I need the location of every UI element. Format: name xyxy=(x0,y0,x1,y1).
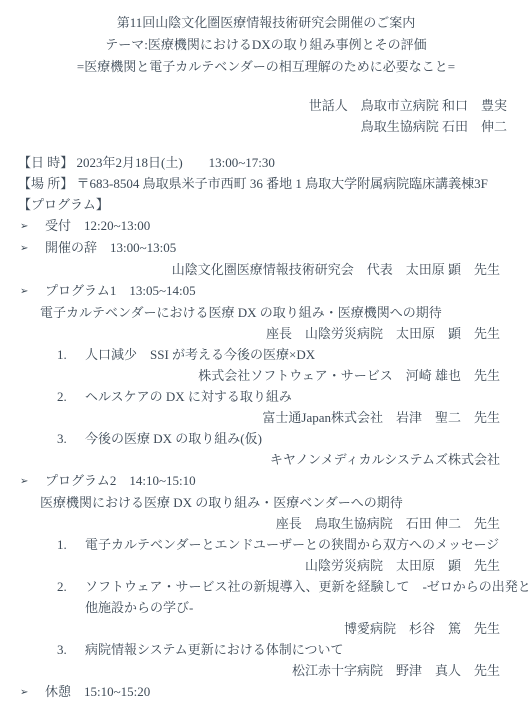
schedule-program1: ➢プログラム1 13:05~14:05 xyxy=(20,280,532,302)
organizers-block: 世話人 鳥取市立病院 和口 豊実 鳥取生協病院 石田 伸二 xyxy=(0,95,532,137)
schedule-opening: ➢開催の辞 13:00~13:05 xyxy=(20,237,532,259)
arrow-bullet-icon: ➢ xyxy=(20,281,45,302)
speaker-line: 博愛病院 杉谷 篤 先生 xyxy=(0,618,532,639)
organizer-line-1: 世話人 鳥取市立病院 和口 豊実 xyxy=(0,95,532,116)
talk-title: 電子カルテベンダーとエンドユーザーとの狭間から双方へのメッセージ xyxy=(85,537,499,552)
program1-talk-1: 1.人口減少 SSI が考える今後の医療×DX xyxy=(57,344,532,365)
talk-title: ソフトウェア・サービス社の新規導入、更新を経験して -ゼロからの出発と xyxy=(85,579,531,594)
speaker-line: 富士通Japan株式会社 岩津 聖二 先生 xyxy=(0,407,532,428)
talk-title: 人口減少 SSI が考える今後の医療×DX xyxy=(85,347,315,362)
document-page: 第11回山陰文化圏医療情報技術研究会開催のご案内 テーマ:医療機関におけるDXの… xyxy=(0,0,532,707)
item-number: 2. xyxy=(57,576,85,597)
program2-talk-1: 1.電子カルテベンダーとエンドユーザーとの狭間から双方へのメッセージ xyxy=(57,534,532,555)
speaker-line: 株式会社ソフトウェア・サービス 河崎 雄也 先生 xyxy=(0,365,532,386)
program1-talk-2: 2.ヘルスケアの DX に対する取り組み xyxy=(57,386,532,407)
talk-title: 病院情報システム更新における体制について xyxy=(85,642,343,657)
schedule-item-text: プログラム1 13:05~14:05 xyxy=(45,283,196,298)
talk-title: ヘルスケアの DX に対する取り組み xyxy=(85,389,292,404)
event-datetime: 【日 時】 2023年2月18日(土) 13:00~17:30 xyxy=(18,152,532,173)
program-header: 【プログラム】 xyxy=(18,194,532,215)
chair-line: 座長 鳥取生協病院 石田 伸二 先生 xyxy=(0,513,532,534)
program2-talk-3: 3.病院情報システム更新における体制について xyxy=(57,639,532,660)
schedule-break: ➢休憩 15:10~15:20 xyxy=(20,681,532,703)
schedule-program2: ➢プログラム2 14:10~15:10 xyxy=(20,470,532,492)
chair-line: 座長 山陰労災病院 太田原 顕 先生 xyxy=(0,323,532,344)
speaker-line: 山陰労災病院 太田原 顕 先生 xyxy=(0,555,532,576)
arrow-bullet-icon: ➢ xyxy=(20,238,45,259)
event-info-block: 【日 時】 2023年2月18日(土) 13:00~17:30 【場 所】 〒6… xyxy=(0,152,532,215)
speaker-line: キヤノンメディカルシステムズ株式会社 xyxy=(0,449,532,470)
doc-theme-line: テーマ:医療機関におけるDXの取り組み事例とその評価 xyxy=(0,34,532,56)
program1-description: 電子カルテベンダーにおける医療 DX の取り組み・医療機関への期待 xyxy=(40,302,532,323)
program-schedule: ➢受付 12:20~13:00 ➢開催の辞 13:00~13:05 山陰文化圏医… xyxy=(0,215,532,703)
item-number: 2. xyxy=(57,386,85,407)
schedule-item-text: 開催の辞 13:00~13:05 xyxy=(45,240,176,255)
program1-talk-3: 3.今後の医療 DX の取り組み(仮) xyxy=(57,428,532,449)
doc-subtitle-line: =医療機関と電子カルテベンダーの相互理解のために必要なこと= xyxy=(0,56,532,78)
item-number: 1. xyxy=(57,344,85,365)
event-location: 【場 所】 〒683-8504 鳥取県米子市西町 36 番地 1 鳥取大学附属病… xyxy=(18,173,532,194)
talk-title: 今後の医療 DX の取り組み(仮) xyxy=(85,431,262,446)
arrow-bullet-icon: ➢ xyxy=(20,216,45,237)
program2-talk-2: 2.ソフトウェア・サービス社の新規導入、更新を経験して -ゼロからの出発と xyxy=(57,576,532,597)
schedule-reception: ➢受付 12:20~13:00 xyxy=(20,215,532,237)
item-number: 3. xyxy=(57,428,85,449)
speaker-line: 松江赤十字病院 野津 真人 先生 xyxy=(0,660,532,681)
page-title: 第11回山陰文化圏医療情報技術研究会開催のご案内 xyxy=(0,12,532,34)
item-number: 1. xyxy=(57,534,85,555)
arrow-bullet-icon: ➢ xyxy=(20,682,45,703)
talk-title-continuation: 他施設からの学び- xyxy=(85,597,532,618)
speaker-line: 山陰文化圏医療情報技術研究会 代表 太田原 顕 先生 xyxy=(0,259,532,280)
schedule-item-text: 休憩 15:10~15:20 xyxy=(45,684,150,699)
schedule-item-text: プログラム2 14:10~15:10 xyxy=(45,473,196,488)
arrow-bullet-icon: ➢ xyxy=(20,471,45,492)
item-number: 3. xyxy=(57,639,85,660)
organizer-line-2: 鳥取生協病院 石田 伸二 xyxy=(0,116,532,137)
program2-description: 医療機関における医療 DX の取り組み・医療ベンダーへの期待 xyxy=(40,492,532,513)
schedule-item-text: 受付 12:20~13:00 xyxy=(45,218,150,233)
